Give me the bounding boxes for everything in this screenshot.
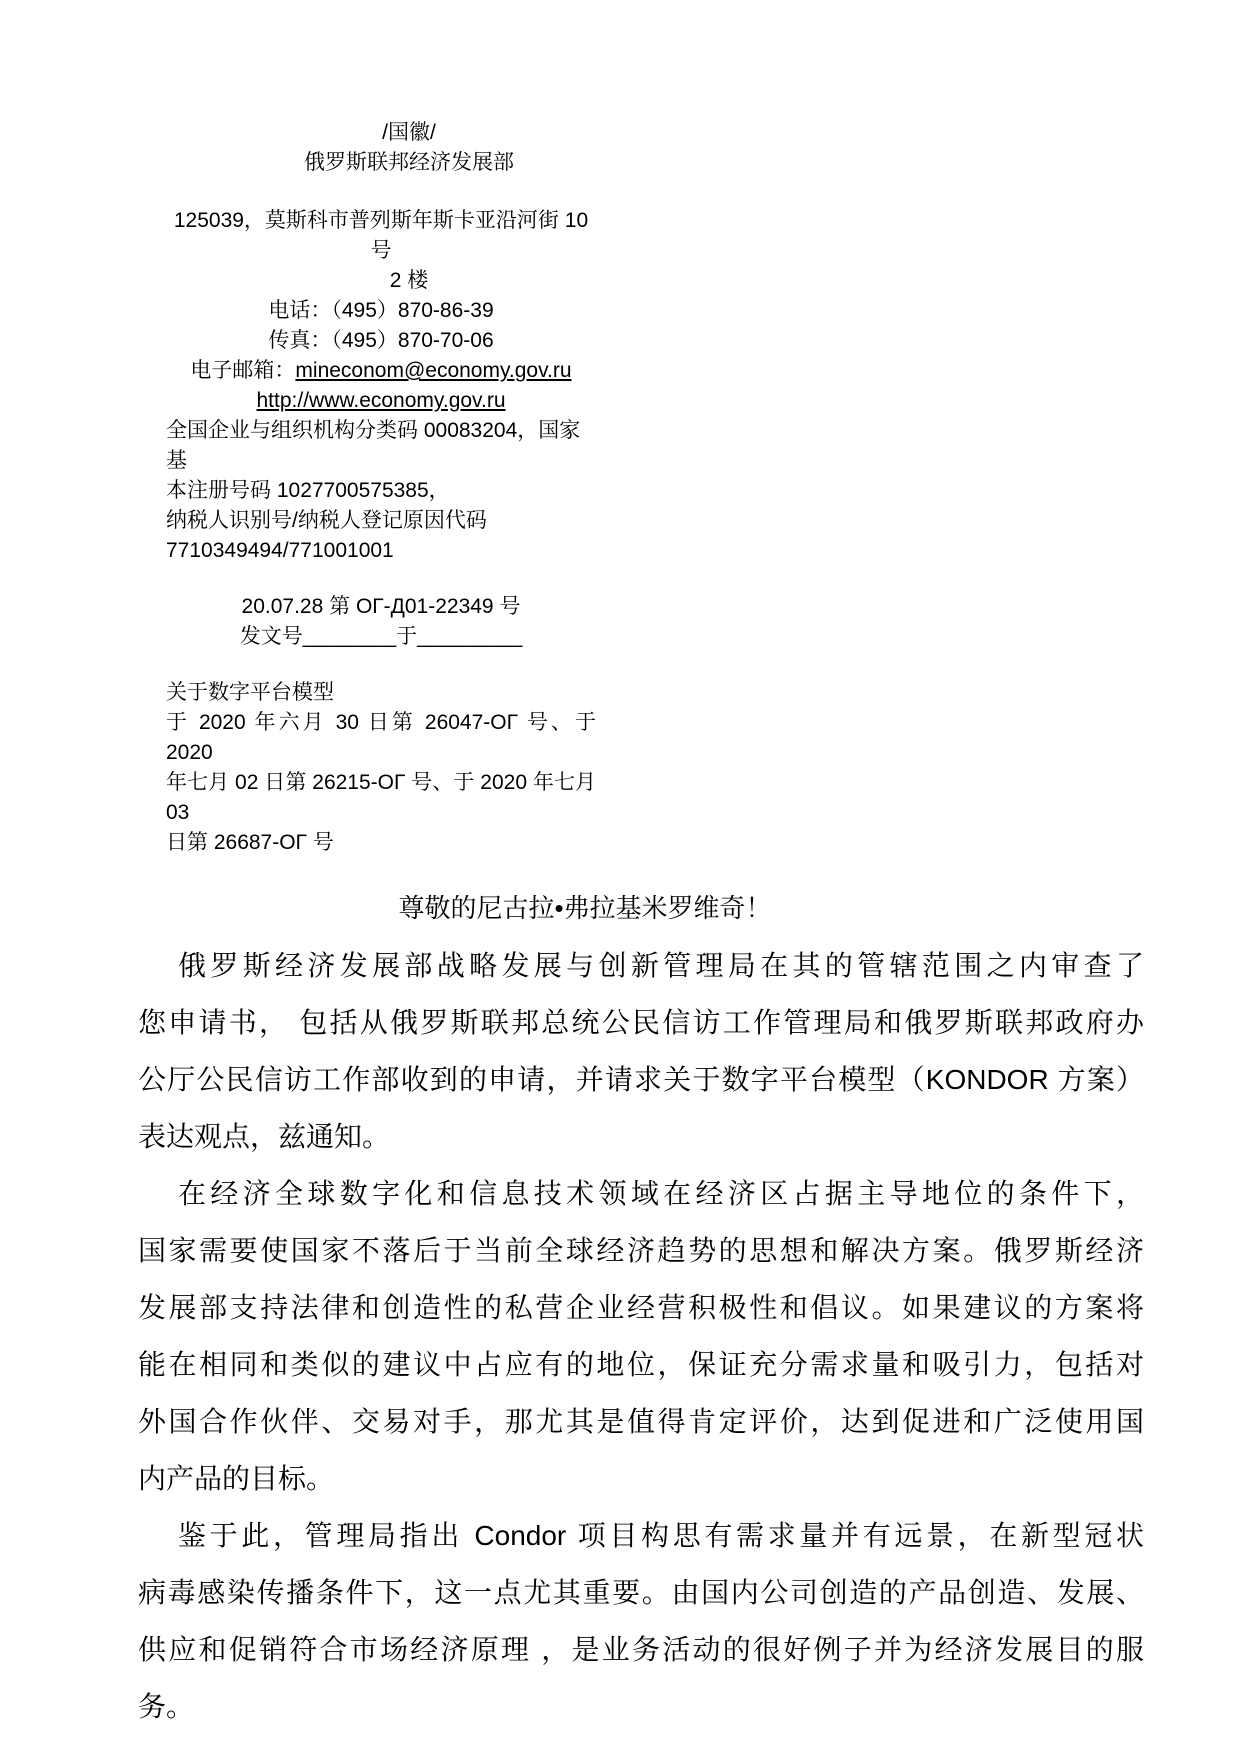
- email-line: 电子邮箱：mineconom@economy.gov.ru: [166, 356, 596, 386]
- text-line: 本注册号码 1027700575385，: [166, 476, 596, 506]
- address-line-1: 125039，莫斯科市普列斯年斯卡亚沿河街 10 号: [166, 206, 596, 266]
- spacer: [166, 178, 596, 206]
- address-line-2: 2 楼: [166, 266, 596, 296]
- text-line: 供应和促销符合市场经济原理 ，是业务活动的很好例子并为经济发展目的服: [138, 1621, 1144, 1678]
- text-line: 您申请书， 包括从俄罗斯联邦总统公民信访工作管理局和俄罗斯联邦政府办: [138, 994, 1144, 1051]
- letter-body: 俄罗斯经济发展部战略发展与创新管理局在其的管辖范围之内审查了您申请书， 包括从俄…: [138, 937, 1144, 1735]
- reference-number-line: 20.07.28 第 ОГ-Д01-22349 号: [166, 592, 596, 622]
- text-line: 国家需要使国家不落后于当前全球经济趋势的思想和解决方案。俄罗斯经济: [138, 1222, 1144, 1279]
- text-line: 鉴于此，管理局指出 Condor 项目构思有需求量并有远景，在新型冠状: [138, 1507, 1144, 1564]
- text-line: 外国合作伙伴、交易对手，那尤其是值得肯定评价，达到促进和广泛使用国: [138, 1393, 1144, 1450]
- spacer: [166, 566, 596, 592]
- text-line: 7710349494/771001001: [166, 536, 596, 566]
- document-page: /国徽/ 俄罗斯联邦经济发展部 125039，莫斯科市普列斯年斯卡亚沿河街 10…: [0, 0, 1240, 1754]
- text-line: 内产品的目标。: [138, 1450, 1144, 1507]
- website-link[interactable]: http://www.economy.gov.ru: [257, 389, 506, 412]
- outgoing-number-line: 发文号________于_________: [166, 622, 596, 652]
- letterhead: /国徽/ 俄罗斯联邦经济发展部 125039，莫斯科市普列斯年斯卡亚沿河街 10…: [166, 118, 596, 858]
- registration-block: 全国企业与组织机构分类码 00083204，国家基本注册号码 102770057…: [166, 416, 596, 566]
- phone-line: 电话：（495）870-86-39: [166, 296, 596, 326]
- email-label: 电子邮箱：: [190, 359, 295, 382]
- text-line: 病毒感染传播条件下，这一点尤其重要。由国内公司创造的产品创造、发展、: [138, 1564, 1144, 1621]
- text-line: 务。: [138, 1678, 1144, 1735]
- text-line: 年七月 02 日第 26215-ОГ 号、于 2020 年七月 03: [166, 768, 596, 828]
- fax-line: 传真：（495）870-70-06: [166, 326, 596, 356]
- subject-references: 于 2020 年六月 30 日第 26047-ОГ 号、于 2020年七月 02…: [166, 708, 596, 858]
- text-line: 能在相同和类似的建议中占应有的地位，保证充分需求量和吸引力，包括对: [138, 1336, 1144, 1393]
- text-line: 俄罗斯经济发展部战略发展与创新管理局在其的管辖范围之内审查了: [138, 937, 1144, 994]
- body-paragraph-3: 鉴于此，管理局指出 Condor 项目构思有需求量并有远景，在新型冠状病毒感染传…: [138, 1507, 1144, 1735]
- text-line: 发展部支持法律和创造性的私营企业经营积极性和倡议。如果建议的方案将: [138, 1279, 1144, 1336]
- body-paragraph-2: 在经济全球数字化和信息技术领域在经济区占据主导地位的条件下，国家需要使国家不落后…: [138, 1165, 1144, 1507]
- salutation: 尊敬的尼古拉•弗拉基米罗维奇！: [138, 880, 1144, 936]
- emblem-placeholder: /国徽/: [166, 118, 596, 148]
- text-line: 表达观点，兹通知。: [138, 1108, 1144, 1165]
- text-line: 日第 26687-ОГ 号: [166, 828, 596, 858]
- text-line: 于 2020 年六月 30 日第 26047-ОГ 号、于 2020: [166, 708, 596, 768]
- spacer: [166, 652, 596, 678]
- body-paragraph-1: 俄罗斯经济发展部战略发展与创新管理局在其的管辖范围之内审查了您申请书， 包括从俄…: [138, 937, 1144, 1165]
- text-line: 在经济全球数字化和信息技术领域在经济区占据主导地位的条件下，: [138, 1165, 1144, 1222]
- website-line: http://www.economy.gov.ru: [166, 386, 596, 416]
- ministry-name: 俄罗斯联邦经济发展部: [166, 148, 596, 178]
- email-link[interactable]: mineconom@economy.gov.ru: [295, 359, 571, 382]
- text-line: 公厅公民信访工作部收到的申请，并请求关于数字平台模型（KONDOR 方案）: [138, 1051, 1144, 1108]
- letter-content: /国徽/ 俄罗斯联邦经济发展部 125039，莫斯科市普列斯年斯卡亚沿河街 10…: [138, 118, 1144, 1735]
- subject-title: 关于数字平台模型: [166, 678, 596, 708]
- text-line: 纳税人识别号/纳税人登记原因代码: [166, 506, 596, 536]
- text-line: 全国企业与组织机构分类码 00083204，国家基: [166, 416, 596, 476]
